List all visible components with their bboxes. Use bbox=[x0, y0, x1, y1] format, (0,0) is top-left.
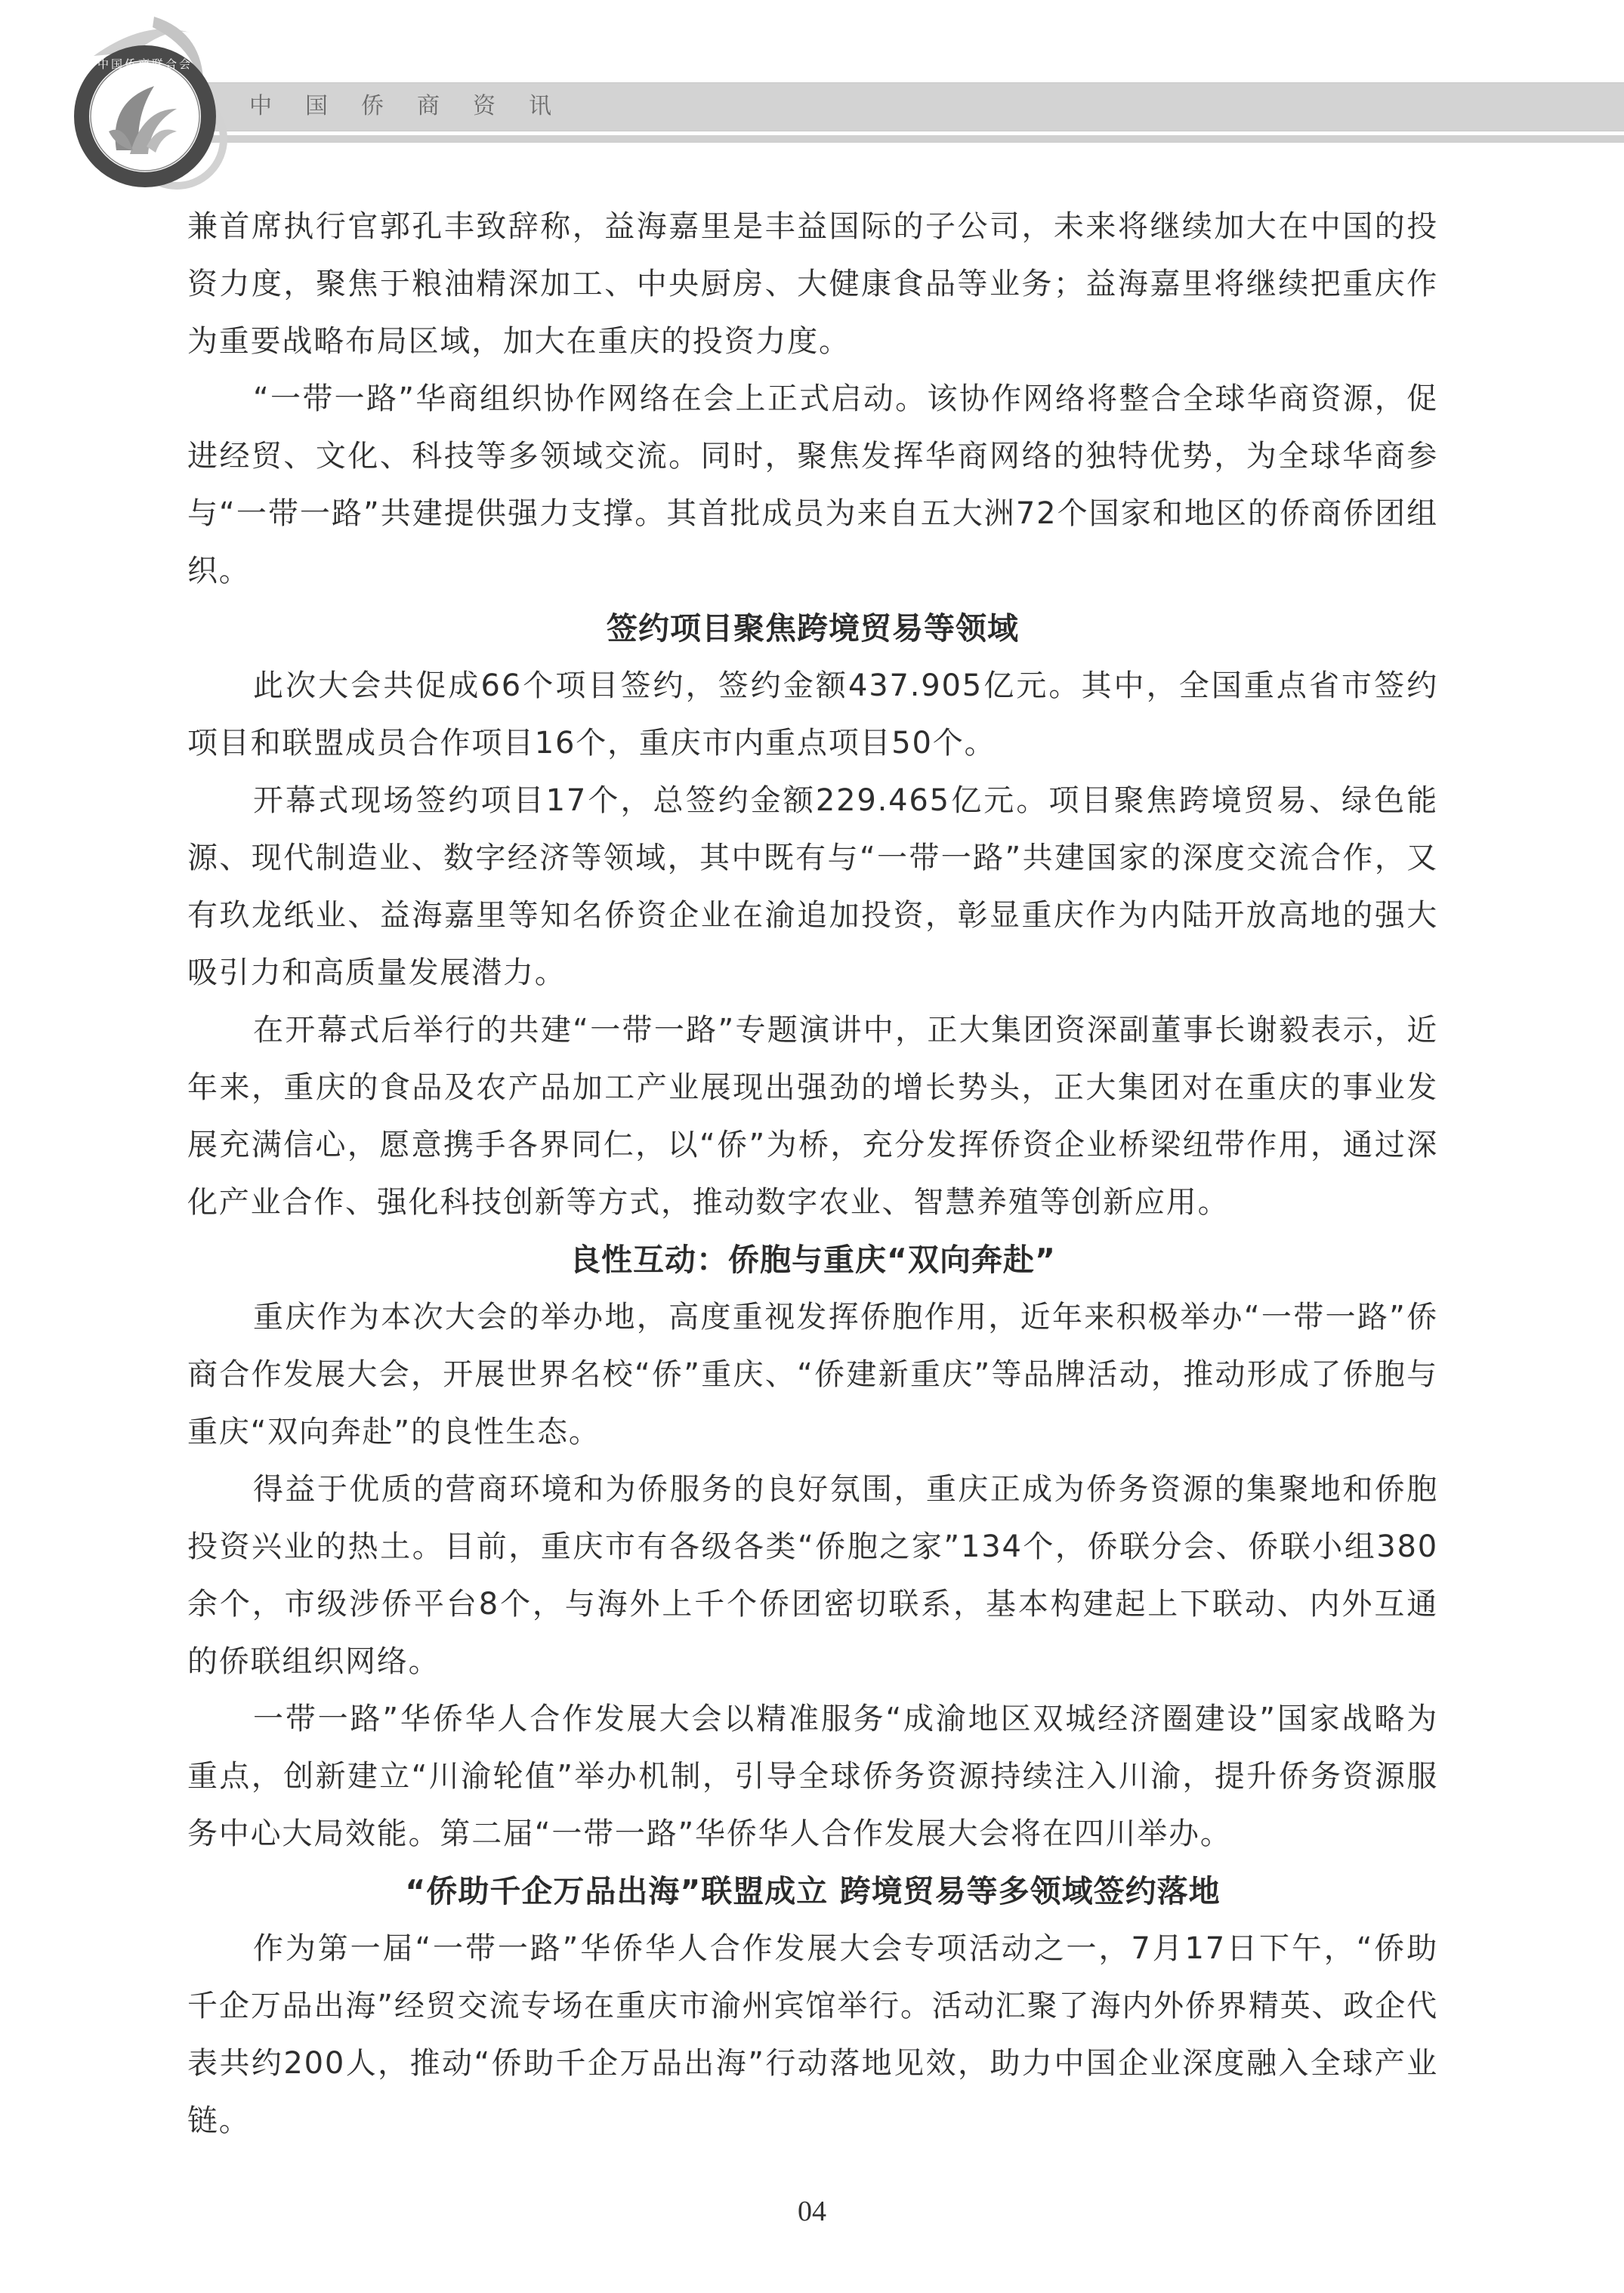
publication-title: 中国侨商资讯 bbox=[249, 89, 585, 124]
body-paragraph: 开幕式现场签约项目17个，总签约金额229.465亿元。项目聚焦跨境贸易、绿色能… bbox=[187, 772, 1438, 1001]
body-paragraph: 此次大会共促成66个项目签约，签约金额437.905亿元。其中，全国重点省市签约… bbox=[187, 657, 1438, 772]
article-body: 兼首席执行官郭孔丰致辞称，益海嘉里是丰益国际的子公司，未来将继续加大在中国的投资… bbox=[187, 198, 1438, 2149]
page-header: 中国侨商联合会 中国侨商资讯 bbox=[0, 0, 1624, 196]
section-heading: “侨助千企万品出海”联盟成立 跨境贸易等多领域签约落地 bbox=[187, 1862, 1438, 1920]
body-paragraph: “一带一路”华商组织协作网络在会上正式启动。该协作网络将整合全球华商资源，促进经… bbox=[187, 370, 1438, 600]
header-rule bbox=[211, 135, 1624, 143]
page-number: 04 bbox=[0, 2195, 1624, 2228]
body-paragraph: 重庆作为本次大会的举办地，高度重视发挥侨胞作用，近年来积极举办“一带一路”侨商合… bbox=[187, 1288, 1438, 1461]
body-paragraph: 在开幕式后举行的共建“一带一路”专题演讲中，正大集团资深副董事长谢毅表示，近年来… bbox=[187, 1001, 1438, 1231]
body-paragraph: 兼首席执行官郭孔丰致辞称，益海嘉里是丰益国际的子公司，未来将继续加大在中国的投资… bbox=[187, 198, 1438, 370]
body-paragraph: 作为第一届“一带一路”华侨华人合作发展大会专项活动之一，7月17日下午，“侨助千… bbox=[187, 1920, 1438, 2149]
organization-emblem-icon: 中国侨商联合会 bbox=[63, 11, 245, 192]
section-heading: 签约项目聚焦跨境贸易等领域 bbox=[187, 600, 1438, 657]
body-paragraph: 一带一路”华侨华人合作发展大会以精准服务“成渝地区双城经济圈建设”国家战略为重点… bbox=[187, 1690, 1438, 1862]
section-heading: 良性互动：侨胞与重庆“双向奔赴” bbox=[187, 1231, 1438, 1288]
emblem-ring-text: 中国侨商联合会 bbox=[97, 57, 193, 71]
body-paragraph: 得益于优质的营商环境和为侨服务的良好氛围，重庆正成为侨务资源的集聚地和侨胞投资兴… bbox=[187, 1461, 1438, 1690]
